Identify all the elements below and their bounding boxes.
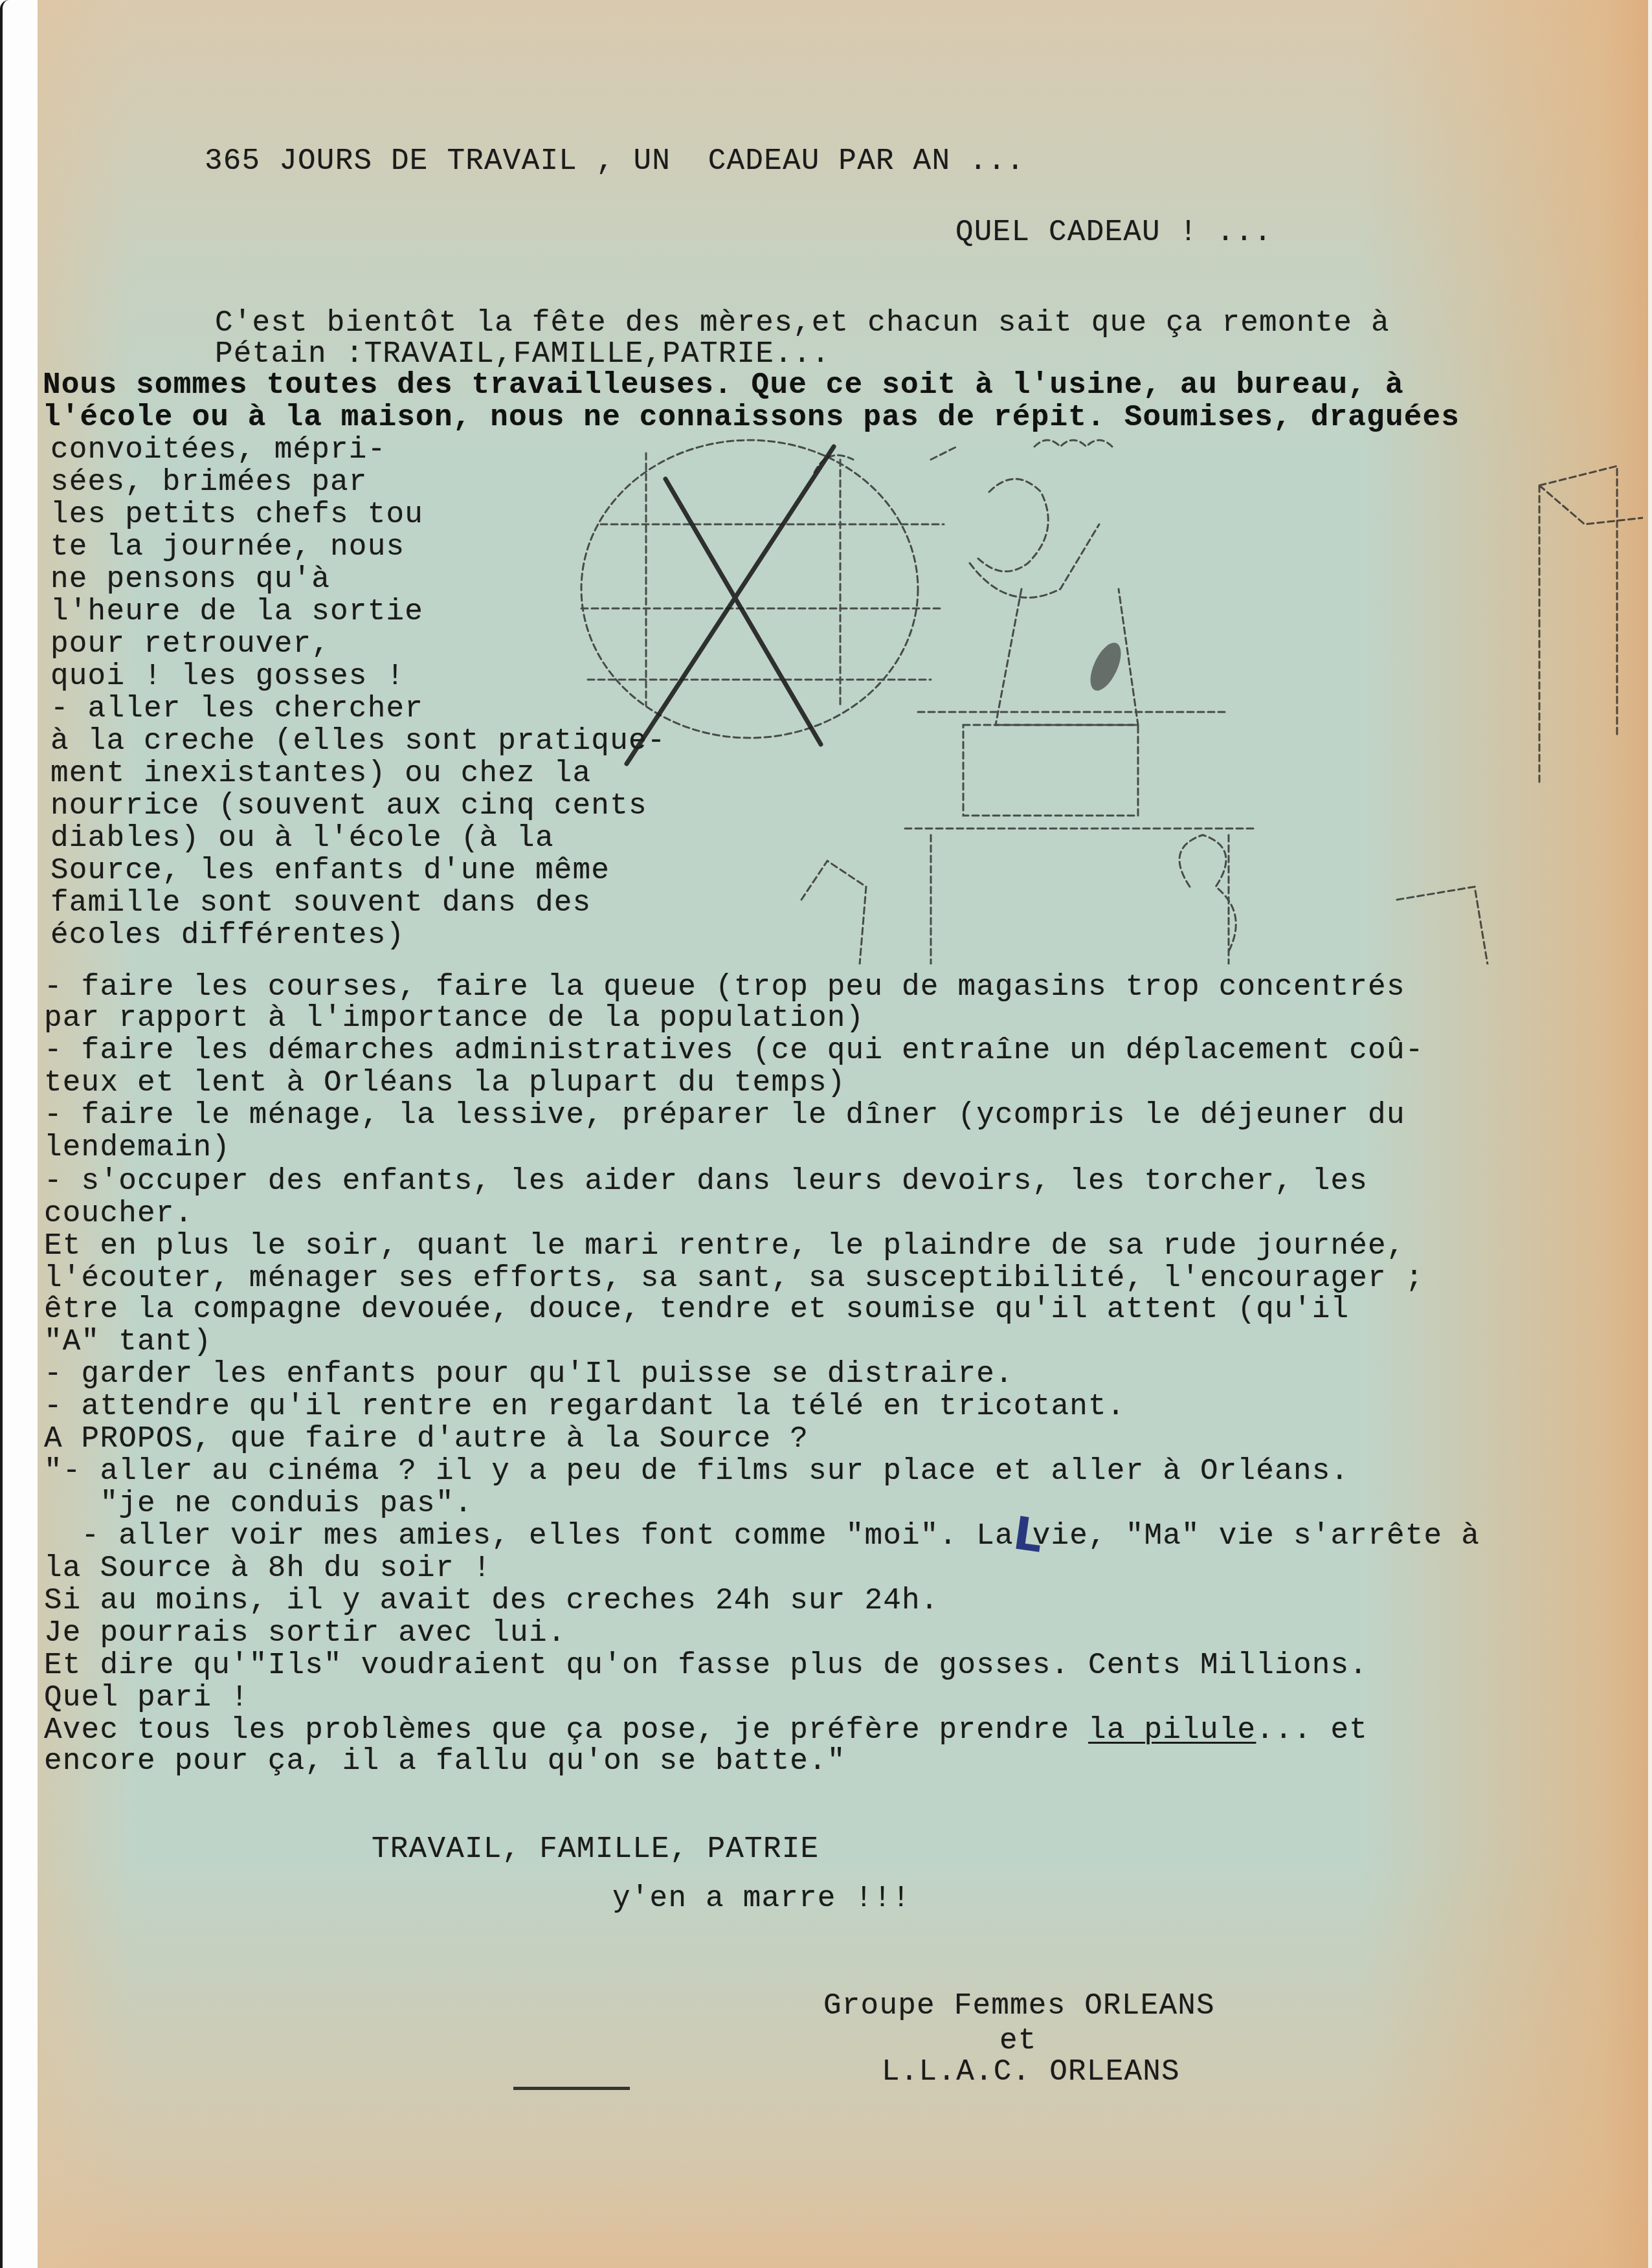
quote-line: Avec tous les problèmes que ça pose, je …	[44, 1713, 1368, 1748]
quote-line: Quel pari !	[44, 1680, 249, 1715]
narrow-line: écoles différentes)	[50, 918, 405, 953]
scan-margin	[0, 0, 38, 2268]
narrow-line: quoi ! les gosses !	[50, 659, 405, 694]
quote-line: "- aller au cinéma ? il y a peu de films…	[44, 1454, 1349, 1489]
quote-line: "je ne conduis pas".	[44, 1486, 473, 1521]
narrow-line: famille sont souvent dans des	[50, 885, 591, 920]
list-item: - s'occuper des enfants, les aider dans …	[44, 1164, 1368, 1199]
narrow-line: pour retrouver,	[50, 627, 330, 661]
signature-group: Groupe Femmes ORLEANS	[823, 1988, 1215, 2023]
crossed-out-drawing-icon	[568, 434, 1643, 964]
signature-org: L.L.A.C. ORLEANS	[882, 2054, 1180, 2089]
narrow-line: - aller les chercher	[50, 691, 423, 726]
underlined-phrase: la pilule	[1088, 1713, 1256, 1747]
list-item: lendemain)	[44, 1130, 230, 1165]
document-title: 365 JOURS DE TRAVAIL , UN CADEAU PAR AN …	[205, 144, 1025, 179]
document-subtitle: QUEL CADEAU ! ...	[955, 215, 1273, 250]
narrow-line: convoitées, mépri-	[50, 432, 386, 467]
narrow-line: ment inexistantes) ou chez la	[50, 756, 591, 791]
quote-line: - aller voir mes amies, elles font comme…	[44, 1518, 1480, 1553]
quote-line: Et dire qu'"Ils" voudraient qu'on fasse …	[44, 1648, 1368, 1683]
slogan-end: y'en a marre !!!	[612, 1881, 911, 1916]
list-item: teux et lent à Orléans la plupart du tem…	[44, 1065, 846, 1100]
narrow-line: te la journée, nous	[50, 529, 405, 564]
evening-line: l'écouter, ménager ses efforts, sa sant,…	[44, 1261, 1424, 1296]
tract-page: 365 JOURS DE TRAVAIL , UN CADEAU PAR AN …	[38, 0, 1652, 2268]
narrow-line: Source, les enfants d'une même	[50, 853, 610, 888]
intro-line: C'est bientôt la fête des mères,et chacu…	[215, 306, 1390, 340]
narrow-line: nourrice (souvent aux cinq cents	[50, 788, 647, 823]
evening-line: "A" tant)	[44, 1324, 212, 1359]
evening-line: - garder les enfants pour qu'Il puisse s…	[44, 1357, 1014, 1392]
narrow-line: les petits chefs tou	[50, 497, 423, 532]
narrow-line: ne pensons qu'à	[50, 562, 330, 597]
quote-line: encore pour ça, il a fallu qu'on se batt…	[44, 1744, 846, 1779]
paragraph-line: Nous sommes toutes des travailleuses. Qu…	[43, 368, 1404, 403]
slogan: TRAVAIL, FAMILLE, PATRIE	[372, 1832, 819, 1867]
evening-line: être la compagne devouée, douce, tendre …	[44, 1292, 1349, 1327]
quote-text: Avec tous les problèmes que ça pose, je …	[44, 1713, 1088, 1747]
quote-line: Je pourrais sortir avec lui.	[44, 1616, 566, 1651]
narrow-line: sées, brimées par	[50, 465, 368, 500]
narrow-line: diables) ou à l'école (à la	[50, 821, 554, 856]
signature-and: et	[999, 2023, 1037, 2058]
paragraph-line: l'école ou à la maison, nous ne connaiss…	[43, 400, 1460, 435]
quote-line: Si au moins, il y avait des creches 24h …	[44, 1583, 939, 1618]
intro-line: Pétain :TRAVAIL,FAMILLE,PATRIE...	[215, 337, 831, 372]
handwritten-pen-mark: L	[1010, 1506, 1047, 1562]
evening-line: - attendre qu'il rentre en regardant la …	[44, 1389, 1126, 1424]
list-item: par rapport à l'importance de la populat…	[44, 1001, 864, 1036]
evening-line: Et en plus le soir, quant le mari rentre…	[44, 1228, 1405, 1263]
list-item: - faire les démarches administratives (c…	[44, 1033, 1424, 1068]
list-item: - faire le ménage, la lessive, préparer …	[44, 1098, 1405, 1133]
narrow-line: l'heure de la sortie	[50, 594, 423, 629]
closing-rule	[513, 2087, 630, 2090]
list-item: coucher.	[44, 1196, 193, 1231]
quote-line: la Source à 8h du soir !	[44, 1551, 491, 1586]
paper-edge	[1648, 0, 1652, 2268]
evening-line: A PROPOS, que faire d'autre à la Source …	[44, 1421, 809, 1456]
list-item: - faire les courses, faire la queue (tro…	[44, 970, 1405, 1005]
quote-text: ... et	[1256, 1713, 1368, 1747]
